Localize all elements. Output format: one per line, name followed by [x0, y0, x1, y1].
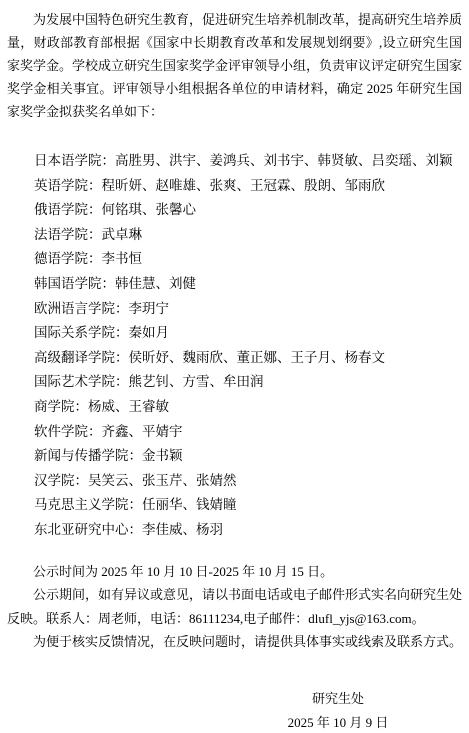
- award-list-item: 马克思主义学院：任丽华、钱婧瞳: [7, 493, 462, 518]
- feedback-paragraph: 公示期间，如有异议或意见，请以书面电话或电子邮件形式实名向研究生处反映。联系人：…: [7, 583, 462, 630]
- note-paragraph: 为便于核实反馈情况，在反映问题时，请提供具体事实或线索及联系方式。: [7, 630, 462, 654]
- award-list-item: 日本语学院：高胜男、洪宇、姜鸿兵、刘书宇、韩贤敏、吕奕瑶、刘颖: [7, 149, 462, 174]
- intro-paragraph: 为发展中国特色研究生教育，促进研究生培养机制改革，提高研究生培养质量，财政部教育…: [7, 8, 462, 123]
- publicity-info-block: 公示时间为 2025 年 10 月 10 日-2025 年 10 月 15 日。…: [7, 560, 462, 654]
- notice-document: 为发展中国特色研究生教育，促进研究生培养机制改革，提高研究生培养质量，财政部教育…: [0, 0, 469, 733]
- award-list-item: 汉学院：吴笑云、张玉芹、张婧然: [7, 469, 462, 494]
- award-list-item: 韩国语学院：韩佳慧、刘健: [7, 272, 462, 297]
- award-list-item: 东北亚研究中心：李佳威、杨羽: [7, 518, 462, 543]
- award-list-item: 俄语学院：何铭琪、张馨心: [7, 198, 462, 223]
- award-list-item: 法语学院：武卓琳: [7, 223, 462, 248]
- award-list-item: 新闻与传播学院：金书颖: [7, 444, 462, 469]
- award-list: 日本语学院：高胜男、洪宇、姜鸿兵、刘书宇、韩贤敏、吕奕瑶、刘颖英语学院：程昕妍、…: [7, 149, 462, 543]
- signature-block: 研究生处 2025 年 10 月 9 日: [263, 687, 413, 733]
- award-list-item: 德语学院：李书恒: [7, 247, 462, 272]
- signature-department: 研究生处: [263, 687, 413, 711]
- publicity-period-line: 公示时间为 2025 年 10 月 10 日-2025 年 10 月 15 日。: [7, 560, 462, 584]
- signature-date: 2025 年 10 月 9 日: [263, 711, 413, 733]
- award-list-item: 国际关系学院：秦如月: [7, 321, 462, 346]
- award-list-item: 商学院：杨威、王睿敏: [7, 395, 462, 420]
- award-list-item: 英语学院：程昕妍、赵唯雄、张爽、王冠霖、殷朗、邹雨欣: [7, 174, 462, 199]
- award-list-item: 软件学院：齐鑫、平婧宇: [7, 420, 462, 445]
- award-list-item: 国际艺术学院：熊艺钊、方雪、牟田润: [7, 370, 462, 395]
- award-list-item: 高级翻译学院：侯昕妤、魏雨欣、董正娜、王子月、杨春文: [7, 346, 462, 371]
- award-list-item: 欧洲语言学院：李玥宁: [7, 297, 462, 322]
